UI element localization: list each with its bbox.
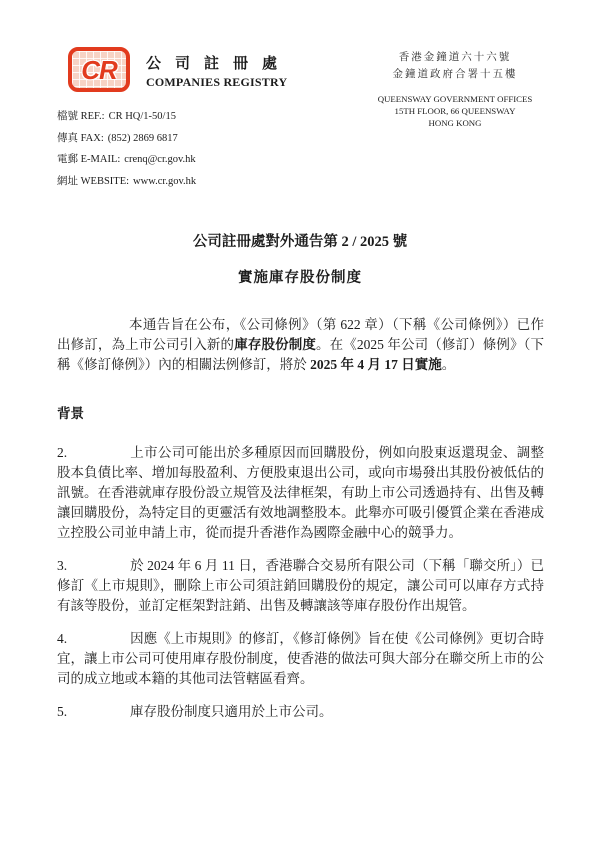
logo-letters: CR <box>81 57 117 83</box>
paragraph-number: 2. <box>57 443 130 463</box>
intro-segment-bold: 2025 年 4 月 17 日實施 <box>310 357 442 372</box>
email-value: crenq@cr.gov.hk <box>124 154 195 165</box>
paragraph-text: 於 2024 年 6 月 11 日，香港聯合交易所有限公司（下稱「聯交所」）已修… <box>57 558 544 613</box>
notice-subtitle: 實施庫存股份制度 <box>0 266 600 287</box>
fax-line: 傳真 FAX:(852) 2869 6817 <box>57 130 196 152</box>
address-zh-line: 金鐘道政府合署十五樓 <box>335 66 575 83</box>
office-address-en: QUEENSWAY GOVERNMENT OFFICES 15TH FLOOR,… <box>335 93 575 129</box>
ref-value: CR HQ/1-50/15 <box>109 111 176 122</box>
office-address-zh: 香港金鐘道六十六號 金鐘道政府合署十五樓 <box>335 49 575 83</box>
intro-segment: 。 <box>442 357 456 372</box>
website-line: 網址 WEBSITE:www.cr.gov.hk <box>57 173 196 195</box>
website-label: 網址 WEBSITE: <box>57 176 129 187</box>
address-en-line: QUEENSWAY GOVERNMENT OFFICES <box>335 93 575 105</box>
paragraph-number: 4. <box>57 629 130 649</box>
paragraph-text: 庫存股份制度只適用於上市公司。 <box>130 704 333 719</box>
notice-title: 公司註冊處對外通告第 2 / 2025 號 <box>0 230 600 251</box>
org-name-zh: 公司註冊處 <box>146 52 291 73</box>
address-en-line: 15TH FLOOR, 66 QUEENSWAY <box>335 105 575 117</box>
paragraph-number: 3. <box>57 556 130 576</box>
address-en-line: HONG KONG <box>335 117 575 129</box>
contact-block: 檔號 REF.:CR HQ/1-50/15 傳真 FAX:(852) 2869 … <box>57 108 196 194</box>
address-zh-line: 香港金鐘道六十六號 <box>335 49 575 66</box>
ref-label: 檔號 REF.: <box>57 111 105 122</box>
intro-paragraph: 本通告旨在公布，《公司條例》（第 622 章）（下稱《公司條例》）已作出修訂，為… <box>57 315 544 375</box>
org-name-en: COMPANIES REGISTRY <box>146 75 287 90</box>
paragraph-4: 4.因應《上市規則》的修訂，《修訂條例》旨在使《公司條例》更切合時宜，讓上市公司… <box>57 629 544 689</box>
notice-page: CR 公司註冊處 COMPANIES REGISTRY 香港金鐘道六十六號 金鐘… <box>0 0 600 848</box>
paragraph-3: 3.於 2024 年 6 月 11 日，香港聯合交易所有限公司（下稱「聯交所」）… <box>57 556 544 616</box>
email-line: 電郵 E-MAIL:crenq@cr.gov.hk <box>57 151 196 173</box>
fax-value: (852) 2869 6817 <box>108 133 178 144</box>
paragraph-5: 5.庫存股份制度只適用於上市公司。 <box>57 702 544 722</box>
paragraph-text: 因應《上市規則》的修訂，《修訂條例》旨在使《公司條例》更切合時宜，讓上市公司可使… <box>57 631 544 686</box>
email-label: 電郵 E-MAIL: <box>57 154 120 165</box>
intro-segment-bold: 庫存股份制度 <box>234 337 316 352</box>
website-value: www.cr.gov.hk <box>133 176 196 187</box>
paragraph-2: 2.上市公司可能出於多種原因而回購股份，例如向股東返還現金、調整股本負債比率、增… <box>57 443 544 543</box>
fax-label: 傳真 FAX: <box>57 133 104 144</box>
paragraph-number: 5. <box>57 702 130 722</box>
notice-body: 本通告旨在公布，《公司條例》（第 622 章）（下稱《公司條例》）已作出修訂，為… <box>57 315 544 722</box>
companies-registry-logo-icon: CR <box>68 47 130 92</box>
ref-number-line: 檔號 REF.:CR HQ/1-50/15 <box>57 108 196 130</box>
paragraph-text: 上市公司可能出於多種原因而回購股份，例如向股東返還現金、調整股本負債比率、增加每… <box>57 445 544 540</box>
section-heading-background: 背景 <box>57 404 544 424</box>
